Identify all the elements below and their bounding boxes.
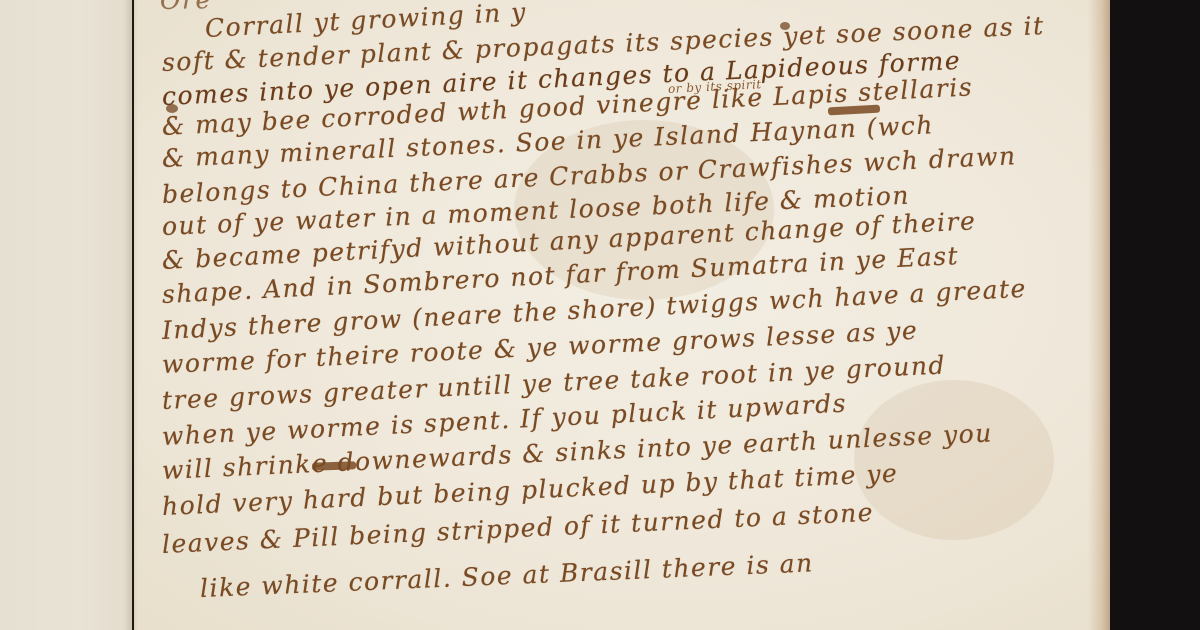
gutter-shadow bbox=[124, 0, 138, 630]
ink-blot bbox=[780, 22, 790, 30]
manuscript-photo: Ore Corrall yt growing in y soft & tende… bbox=[0, 0, 1200, 630]
page-edge-foxing bbox=[1088, 0, 1110, 630]
book-binding bbox=[1110, 0, 1200, 630]
ink-blot bbox=[166, 104, 178, 113]
facing-page-blank bbox=[0, 0, 132, 630]
manuscript-line: Ore bbox=[160, 0, 212, 15]
